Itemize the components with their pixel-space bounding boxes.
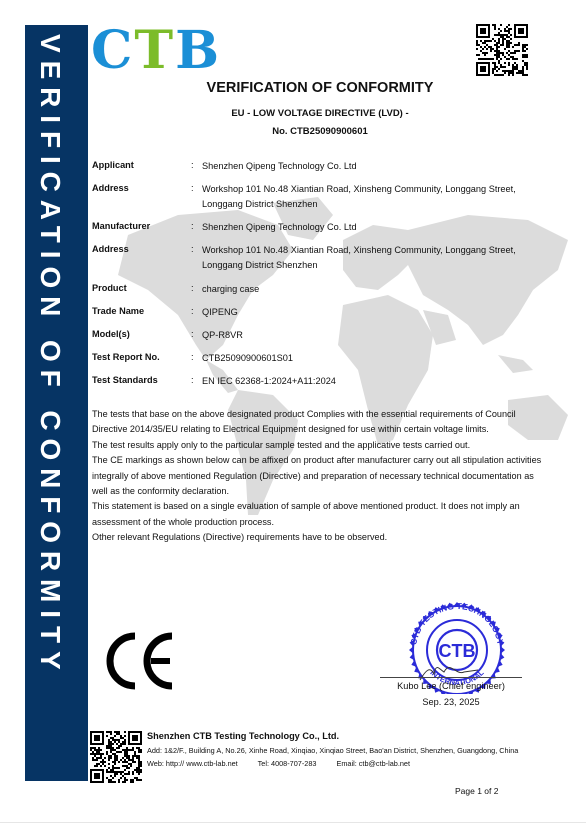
sidebar-title-text: VERIFICATION OF CONFORMITY xyxy=(31,34,69,678)
page-border xyxy=(0,822,586,823)
ctb-logo: C T B xyxy=(91,22,221,80)
logo-letter-t: T xyxy=(134,22,175,80)
ce-mark-icon xyxy=(104,630,176,692)
field-colon: : xyxy=(191,221,194,231)
issuer-website-link[interactable]: Web: http:// www.ctb-lab.net xyxy=(147,759,238,768)
field-value: Workshop 101 No.48 Xiantian Road, Xinshe… xyxy=(202,243,542,273)
field-label: Product xyxy=(92,283,127,293)
statement-text: The tests that base on the above designa… xyxy=(92,407,547,546)
certificate-number: No. CTB25090900601 xyxy=(110,126,530,137)
document-title: VERIFICATION OF CONFORMITY xyxy=(110,80,530,96)
signature-line xyxy=(380,677,522,678)
issuer-company: Shenzhen CTB Testing Technology Co., Ltd… xyxy=(147,731,537,741)
field-colon: : xyxy=(191,352,194,362)
directive-subtitle: EU - LOW VOLTAGE DIRECTIVE (LVD) - xyxy=(110,108,530,119)
field-value: QIPENG xyxy=(202,305,542,320)
field-value: charging case xyxy=(202,282,542,297)
statement-paragraph: This statement is based on a single eval… xyxy=(92,499,547,530)
field-label: Address xyxy=(92,183,129,193)
field-colon: : xyxy=(191,283,194,293)
issuer-phone: Tel: 4008-707-283 xyxy=(258,759,317,768)
field-colon: : xyxy=(191,160,194,170)
qr-code-icon[interactable] xyxy=(476,24,528,76)
field-colon: : xyxy=(191,329,194,339)
sidebar-vertical-title: VERIFICATION OF CONFORMITY xyxy=(31,34,69,678)
statement-paragraph: The tests that base on the above designa… xyxy=(92,407,547,438)
field-colon: : xyxy=(191,306,194,316)
issuer-email-link[interactable]: Email: ctb@ctb-lab.net xyxy=(336,759,410,768)
field-colon: : xyxy=(191,375,194,385)
field-label: Manufacturer xyxy=(92,221,150,231)
logo-letter-c: C xyxy=(91,22,134,80)
field-label: Applicant xyxy=(92,160,134,170)
field-value: Shenzhen Qipeng Technology Co. Ltd xyxy=(202,220,542,235)
field-colon: : xyxy=(191,244,194,254)
statement-paragraph: Other relevant Regulations (Directive) r… xyxy=(92,530,547,545)
issuer-footer: Shenzhen CTB Testing Technology Co., Ltd… xyxy=(147,731,537,770)
field-value: QP-R8VR xyxy=(202,328,542,343)
field-value: CTB25090900601S01 xyxy=(202,351,542,366)
statement-paragraph: The test results apply only to the parti… xyxy=(92,438,547,453)
field-value: EN IEC 62368-1:2024+A11:2024 xyxy=(202,374,542,389)
signature-date: Sep. 23, 2025 xyxy=(380,697,522,707)
logo-letter-b: B xyxy=(175,22,221,80)
field-label: Model(s) xyxy=(92,329,130,339)
footer-qr-code-icon[interactable] xyxy=(90,731,142,783)
issuer-contacts: Web: http:// www.ctb-lab.net Tel: 4008-7… xyxy=(147,757,537,770)
field-label: Trade Name xyxy=(92,306,144,316)
svg-text:CTB: CTB xyxy=(439,641,476,661)
ctb-seal-stamp: CTB TESTING TECHNOLOGY INTERNATIONAL CTB xyxy=(392,598,522,694)
field-label: Address xyxy=(92,244,129,254)
field-colon: : xyxy=(191,183,194,193)
page-number: Page 1 of 2 xyxy=(455,786,498,796)
field-value: Workshop 101 No.48 Xiantian Road, Xinshe… xyxy=(202,182,542,212)
statement-paragraph: The CE markings as shown below can be af… xyxy=(92,453,547,499)
field-value: Shenzhen Qipeng Technology Co. Ltd xyxy=(202,159,542,174)
signer-name: Kubo Lee (Chief engineer) xyxy=(380,681,522,691)
issuer-address: Add: 1&2/F., Building A, No.26, Xinhe Ro… xyxy=(147,744,537,757)
field-label: Test Standards xyxy=(92,375,158,385)
field-label: Test Report No. xyxy=(92,352,160,362)
